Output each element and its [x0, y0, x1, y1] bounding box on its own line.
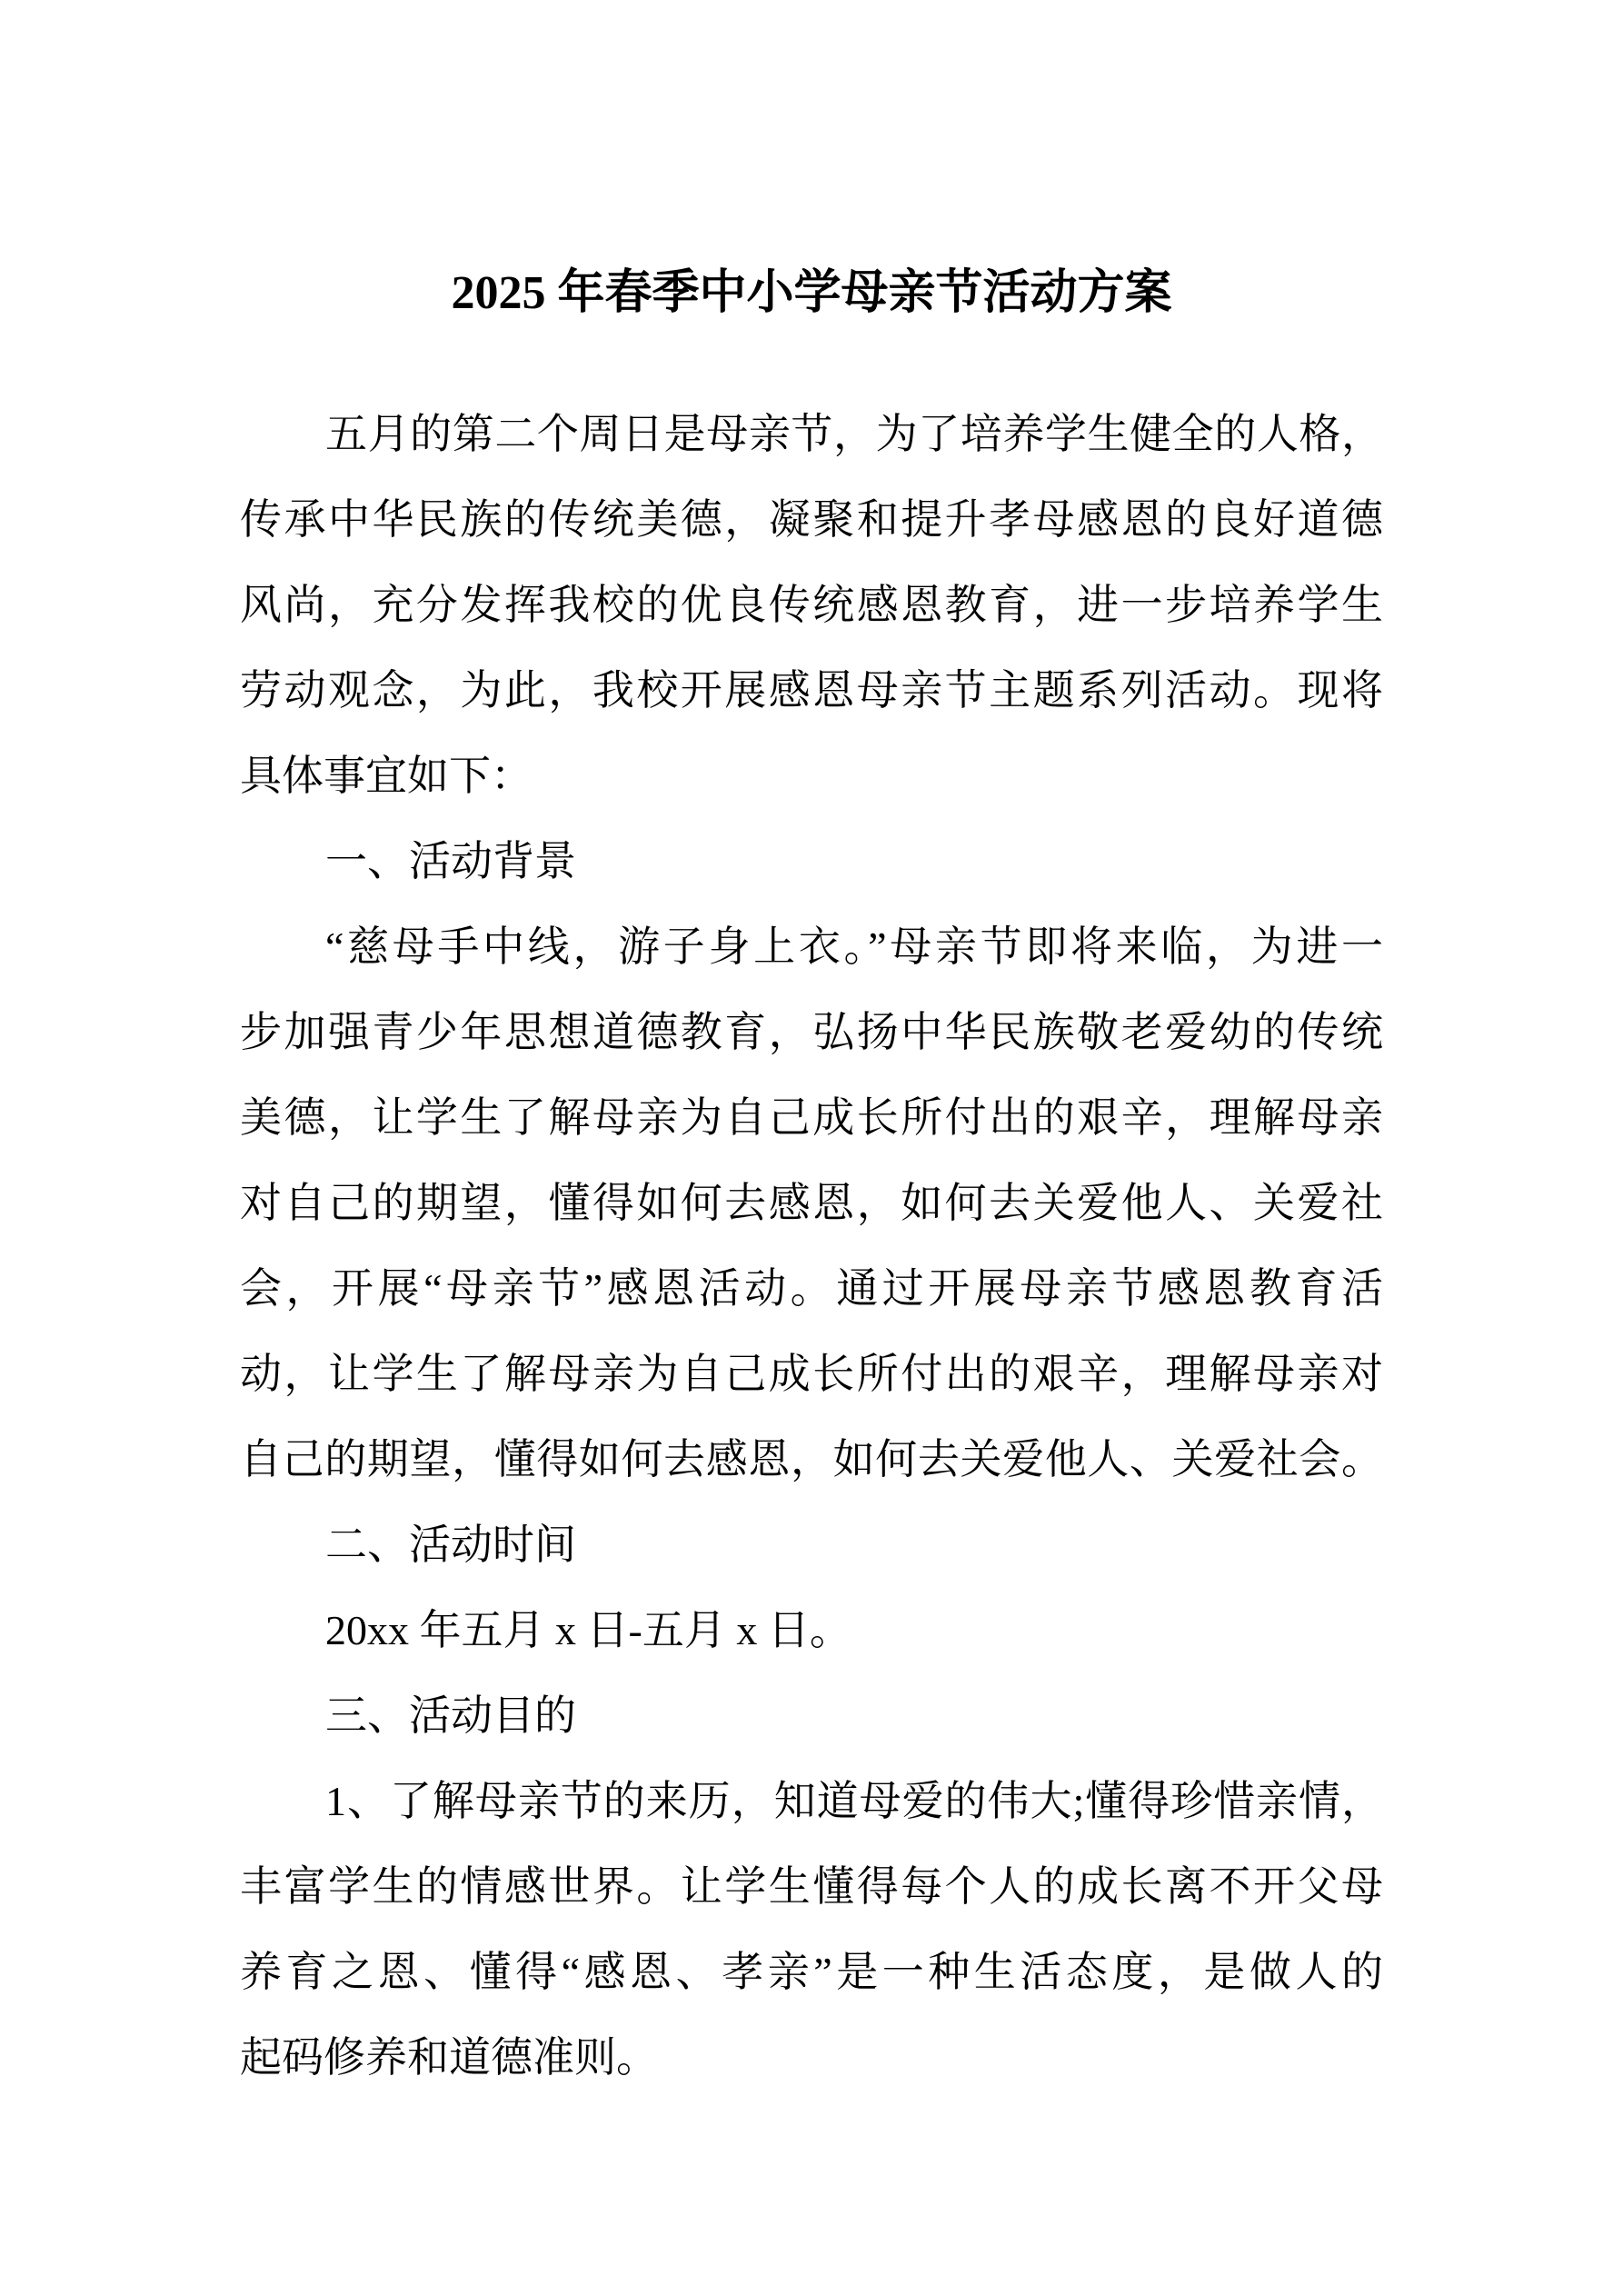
para-background-line-1: “慈母手中线，游子身上衣。”母亲节即将来临，为进一	[240, 904, 1383, 990]
para-intro-line-5: 具体事宜如下：	[240, 734, 1383, 819]
document-body: 五月的第二个周日是母亲节，为了培养学生健全的人格， 传承中华民族的传统美德，凝聚…	[240, 392, 1383, 2101]
heading-activity-purpose: 三、活动目的	[240, 1673, 1383, 1759]
para-intro-line-4: 劳动观念，为此，我校开展感恩母亲节主题系列活动。现将	[240, 648, 1383, 734]
document-title: 2025 年春季中小学母亲节活动方案	[240, 251, 1383, 336]
para-purpose-line-4: 起码修养和道德准则。	[240, 2015, 1383, 2101]
para-intro-line-2: 传承中华民族的传统美德，凝聚和提升孝母感恩的良好道德	[240, 477, 1383, 563]
para-background-line-2: 步加强青少年思想道德教育，弘扬中华民族敬老爱幼的传统	[240, 990, 1383, 1075]
para-intro-line-3: 风尚，充分发挥我校的优良传统感恩教育，进一步培养学生	[240, 563, 1383, 648]
heading-activity-time: 二、活动时间	[240, 1502, 1383, 1588]
para-background-line-5: 会，开展“母亲节”感恩活动。通过开展母亲节感恩教育活	[240, 1246, 1383, 1332]
para-background-line-3: 美德，让学生了解母亲为自己成长所付出的艰辛，理解母亲	[240, 1075, 1383, 1161]
para-purpose-line-2: 丰富学生的情感世界。让学生懂得每个人的成长离不开父母	[240, 1844, 1383, 1930]
para-purpose-line-1: 1、了解母亲节的来历，知道母爱的伟大;懂得珍惜亲情，	[240, 1759, 1383, 1844]
para-purpose-line-3: 养育之恩、懂得“感恩、孝亲”是一种生活态度，是做人的	[240, 1930, 1383, 2015]
document-page: 2025 年春季中小学母亲节活动方案 五月的第二个周日是母亲节，为了培养学生健全…	[0, 0, 1623, 2296]
heading-activity-background: 一、活动背景	[240, 819, 1383, 904]
para-background-line-4: 对自己的期望，懂得如何去感恩，如何去关爱他人、关爱社	[240, 1161, 1383, 1246]
para-intro-line-1: 五月的第二个周日是母亲节，为了培养学生健全的人格，	[240, 392, 1383, 477]
para-background-line-6: 动，让学生了解母亲为自己成长所付出的艰辛，理解母亲对	[240, 1332, 1383, 1417]
para-background-line-7: 自己的期望，懂得如何去感恩，如何去关爱他人、关爱社会。	[240, 1417, 1383, 1502]
activity-time-value: 20xx 年五月 x 日-五月 x 日。	[240, 1588, 1383, 1673]
